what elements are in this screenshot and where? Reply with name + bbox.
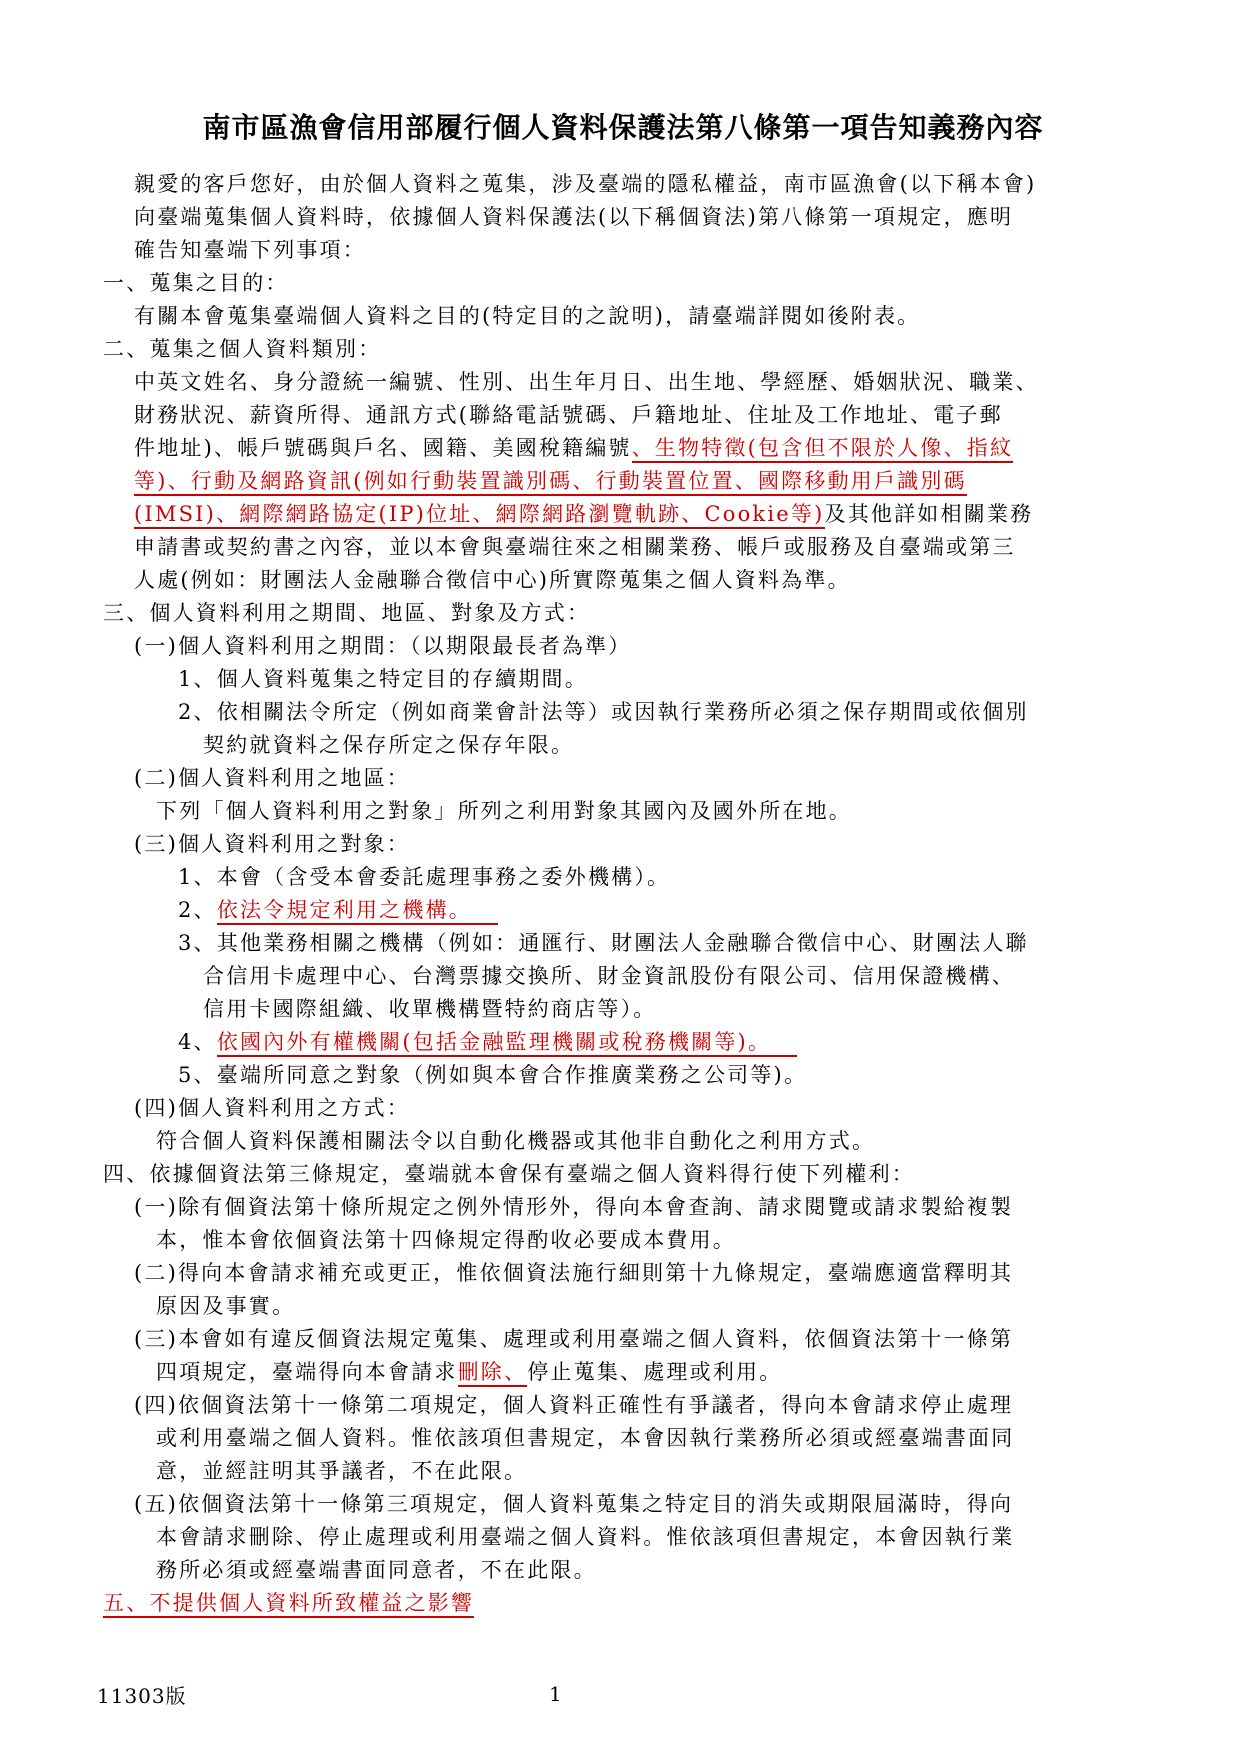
text-segment: 四項規定，臺端得向本會請求 [156, 1360, 458, 1384]
text-segment: 停止蒐集、處理或利用。 [527, 1360, 782, 1384]
text-segment: 向臺端蒐集個人資料時，依據個人資料保護法(以下稱個資法)第八條第一項規定，應明 [134, 205, 1013, 229]
text-segment: 合信用卡處理中心、台灣票據交換所、財金資訊股份有限公司、信用保證機構、 [203, 964, 1015, 988]
text-segment: 原因及事實。 [156, 1294, 295, 1318]
text-segment: (二)個人資料利用之地區： [134, 766, 410, 790]
document-line: 下列「個人資料利用之對象」所列之利用對象其國內及國外所在地。 [103, 795, 1143, 828]
document-line: (IMSI)、網際網路協定(IP)位址、網際網路瀏覽軌跡、Cookie等)及其他… [103, 498, 1143, 531]
document-line: 人處(例如：財團法人金融聯合徵信中心)所實際蒐集之個人資料為準。 [103, 564, 1143, 597]
document-line: 本會請求刪除、停止處理或利用臺端之個人資料。惟依該項但書規定，本會因執行業 [103, 1521, 1143, 1554]
highlighted-text: 五、不提供個人資料所致權益之影響 [103, 1591, 474, 1618]
text-segment: 確告知臺端下列事項： [134, 238, 366, 262]
document-line: 信用卡國際組織、收單機構暨特約商店等）。 [103, 993, 1143, 1026]
text-segment: 財務狀況、薪資所得、通訊方式(聯絡電話號碼、戶籍地址、住址及工作地址、電子郵 [134, 403, 1003, 427]
document-line: 等)、行動及網路資訊(例如行動裝置識別碼、行動裝置位置、國際移動用戶識別碼 [103, 465, 1143, 498]
text-segment: 契約就資料之保存所定之保存年限。 [203, 733, 574, 757]
document-page: 南市區漁會信用部履行個人資料保護法第八條第一項告知義務內容 親愛的客戶您好，由於… [0, 0, 1241, 1755]
document-line: 契約就資料之保存所定之保存年限。 [103, 729, 1143, 762]
document-line: (四)依個資法第十一條第二項規定，個人資料正確性有爭議者，得向本會請求停止處理 [103, 1389, 1143, 1422]
document-line: 符合個人資料保護相關法令以自動化機器或其他非自動化之利用方式。 [103, 1125, 1143, 1158]
document-line: (二)得向本會請求補充或更正，惟依個資法施行細則第十九條規定，臺端應適當釋明其 [103, 1257, 1143, 1290]
text-segment: 本，惟本會依個資法第十四條規定得酌收必要成本費用。 [156, 1228, 736, 1252]
document-line: 2、依相關法令所定（例如商業會計法等）或因執行業務所必須之保存期間或依個別 [103, 696, 1143, 729]
text-segment: (三)個人資料利用之對象： [134, 832, 410, 856]
document-line: 有關本會蒐集臺端個人資料之目的(特定目的之說明)，請臺端詳閱如後附表。 [103, 300, 1143, 333]
document-line: (五)依個資法第十一條第三項規定，個人資料蒐集之特定目的消失或期限屆滿時，得向 [103, 1488, 1143, 1521]
document-line: 三、個人資料利用之期間、地區、對象及方式： [103, 597, 1143, 630]
document-line: 4、依國內外有權機關(包括金融監理機關或稅務機關等)。 [103, 1026, 1143, 1059]
text-segment: (二)得向本會請求補充或更正，惟依個資法施行細則第十九條規定，臺端應適當釋明其 [134, 1261, 1013, 1285]
document-line: (三)個人資料利用之對象： [103, 828, 1143, 861]
document-line: 五、不提供個人資料所致權益之影響 [103, 1587, 1143, 1620]
text-segment: 下列「個人資料利用之對象」所列之利用對象其國內及國外所在地。 [156, 799, 852, 823]
highlighted-text: 等)、行動及網路資訊(例如行動裝置識別碼、行動裝置位置、國際移動用戶識別碼 [134, 469, 967, 496]
document-line: 1、本會（含受本會委託處理事務之委外機構）。 [103, 861, 1143, 894]
text-segment: 意，並經註明其爭議者，不在此限。 [156, 1459, 527, 1483]
document-line: 意，並經註明其爭議者，不在此限。 [103, 1455, 1143, 1488]
text-segment: 一、蒐集之目的： [103, 271, 289, 295]
document-line: 3、其他業務相關之機構（例如：通匯行、財團法人金融聯合徵信中心、財團法人聯 [103, 927, 1143, 960]
document-line: 親愛的客戶您好，由於個人資料之蒐集，涉及臺端的隱私權益，南市區漁會(以下稱本會) [103, 168, 1143, 201]
text-segment: (三)本會如有違反個資法規定蒐集、處理或利用臺端之個人資料，依個資法第十一條第 [134, 1327, 1013, 1351]
document-line: (一)個人資料利用之期間：（以期限最長者為準） [103, 630, 1143, 663]
document-line: 一、蒐集之目的： [103, 267, 1143, 300]
text-segment: 5、臺端所同意之對象（例如與本會合作推廣業務之公司等)。 [178, 1063, 807, 1087]
document-content: 南市區漁會信用部履行個人資料保護法第八條第一項告知義務內容 親愛的客戶您好，由於… [103, 106, 1143, 1620]
document-line: 1、個人資料蒐集之特定目的存續期間。 [103, 663, 1143, 696]
document-line: 件地址)、帳戶號碼與戶名、國籍、美國稅籍編號、生物特徵(包含但不限於人像、指紋 [103, 432, 1143, 465]
text-segment: 二、蒐集之個人資料類別： [103, 337, 381, 361]
text-segment: (一)除有個資法第十條所規定之例外情形外，得向本會查詢、請求閱覽或請求製給複製 [134, 1195, 1013, 1219]
highlighted-text: 依國內外有權機關(包括金融監理機關或稅務機關等)。 [217, 1030, 797, 1057]
document-line: 務所必須或經臺端書面同意者，不在此限。 [103, 1554, 1143, 1587]
text-segment: (四)個人資料利用之方式： [134, 1096, 410, 1120]
document-line: 二、蒐集之個人資料類別： [103, 333, 1143, 366]
document-line: 四、依據個資法第三條規定，臺端就本會保有臺端之個人資料得行使下列權利： [103, 1158, 1143, 1191]
text-segment: 信用卡國際組織、收單機構暨特約商店等）。 [203, 997, 657, 1021]
text-segment: 符合個人資料保護相關法令以自動化機器或其他非自動化之利用方式。 [156, 1129, 875, 1153]
text-segment: 及其他詳如相關業務 [825, 502, 1034, 526]
highlighted-text: (IMSI)、網際網路協定(IP)位址、網際網路瀏覽軌跡、Cookie等) [134, 502, 825, 529]
text-segment: 人處(例如：財團法人金融聯合徵信中心)所實際蒐集之個人資料為準。 [134, 568, 851, 592]
document-line: 確告知臺端下列事項： [103, 234, 1143, 267]
document-body: 親愛的客戶您好，由於個人資料之蒐集，涉及臺端的隱私權益，南市區漁會(以下稱本會)… [103, 168, 1143, 1620]
highlighted-text: 、生物特徵(包含但不限於人像、指紋 [632, 436, 1014, 463]
text-segment: 務所必須或經臺端書面同意者，不在此限。 [156, 1558, 597, 1582]
text-segment: 有關本會蒐集臺端個人資料之目的(特定目的之說明)，請臺端詳閱如後附表。 [134, 304, 920, 328]
document-line: 財務狀況、薪資所得、通訊方式(聯絡電話號碼、戶籍地址、住址及工作地址、電子郵 [103, 399, 1143, 432]
document-line: (三)本會如有違反個資法規定蒐集、處理或利用臺端之個人資料，依個資法第十一條第 [103, 1323, 1143, 1356]
document-line: 原因及事實。 [103, 1290, 1143, 1323]
document-line: (四)個人資料利用之方式： [103, 1092, 1143, 1125]
text-segment: (五)依個資法第十一條第三項規定，個人資料蒐集之特定目的消失或期限屆滿時，得向 [134, 1492, 1013, 1516]
document-line: 5、臺端所同意之對象（例如與本會合作推廣業務之公司等)。 [103, 1059, 1143, 1092]
text-segment: 申請書或契約書之內容，並以本會與臺端往來之相關業務、帳戶或服務及自臺端或第三 [134, 535, 1016, 559]
document-line: 本，惟本會依個資法第十四條規定得酌收必要成本費用。 [103, 1224, 1143, 1257]
text-segment: 件地址)、帳戶號碼與戶名、國籍、美國稅籍編號 [134, 436, 632, 460]
text-segment: 中英文姓名、身分證統一編號、性別、出生年月日、出生地、學經歷、婚姻狀況、職業、 [134, 370, 1039, 394]
document-line: (二)個人資料利用之地區： [103, 762, 1143, 795]
text-segment: 本會請求刪除、停止處理或利用臺端之個人資料。惟依該項但書規定，本會因執行業 [156, 1525, 1014, 1549]
text-segment: 三、個人資料利用之期間、地區、對象及方式： [103, 601, 590, 625]
document-title: 南市區漁會信用部履行個人資料保護法第八條第一項告知義務內容 [103, 106, 1143, 150]
text-segment: 1、個人資料蒐集之特定目的存續期間。 [178, 667, 588, 691]
text-segment: 3、其他業務相關之機構（例如：通匯行、財團法人金融聯合徵信中心、財團法人聯 [178, 931, 1029, 955]
highlighted-text: 刪除、 [458, 1360, 528, 1387]
text-segment: 或利用臺端之個人資料。惟依該項但書規定，本會因執行業務所必須或經臺端書面同 [156, 1426, 1014, 1450]
document-line: 四項規定，臺端得向本會請求刪除、停止蒐集、處理或利用。 [103, 1356, 1143, 1389]
text-segment: 2、 [178, 898, 217, 922]
text-segment: (一)個人資料利用之期間：（以期限最長者為準） [134, 634, 631, 658]
footer-version: 11303版 [97, 1680, 187, 1709]
text-segment: 4、 [178, 1030, 217, 1054]
footer-page-number: 1 [549, 1682, 562, 1706]
document-line: 向臺端蒐集個人資料時，依據個人資料保護法(以下稱個資法)第八條第一項規定，應明 [103, 201, 1143, 234]
document-line: 申請書或契約書之內容，並以本會與臺端往來之相關業務、帳戶或服務及自臺端或第三 [103, 531, 1143, 564]
text-segment: (四)依個資法第十一條第二項規定，個人資料正確性有爭議者，得向本會請求停止處理 [134, 1393, 1013, 1417]
text-segment: 親愛的客戶您好，由於個人資料之蒐集，涉及臺端的隱私權益，南市區漁會(以下稱本會) [134, 172, 1036, 196]
highlighted-text: 依法令規定利用之機構。 [217, 898, 498, 925]
document-line: (一)除有個資法第十條所規定之例外情形外，得向本會查詢、請求閱覽或請求製給複製 [103, 1191, 1143, 1224]
document-line: 中英文姓名、身分證統一編號、性別、出生年月日、出生地、學經歷、婚姻狀況、職業、 [103, 366, 1143, 399]
text-segment: 1、本會（含受本會委託處理事務之委外機構）。 [178, 865, 670, 889]
document-line: 2、依法令規定利用之機構。 [103, 894, 1143, 927]
text-segment: 四、依據個資法第三條規定，臺端就本會保有臺端之個人資料得行使下列權利： [103, 1162, 915, 1186]
text-segment: 2、依相關法令所定（例如商業會計法等）或因執行業務所必須之保存期間或依個別 [178, 700, 1029, 724]
document-line: 合信用卡處理中心、台灣票據交換所、財金資訊股份有限公司、信用保證機構、 [103, 960, 1143, 993]
document-line: 或利用臺端之個人資料。惟依該項但書規定，本會因執行業務所必須或經臺端書面同 [103, 1422, 1143, 1455]
